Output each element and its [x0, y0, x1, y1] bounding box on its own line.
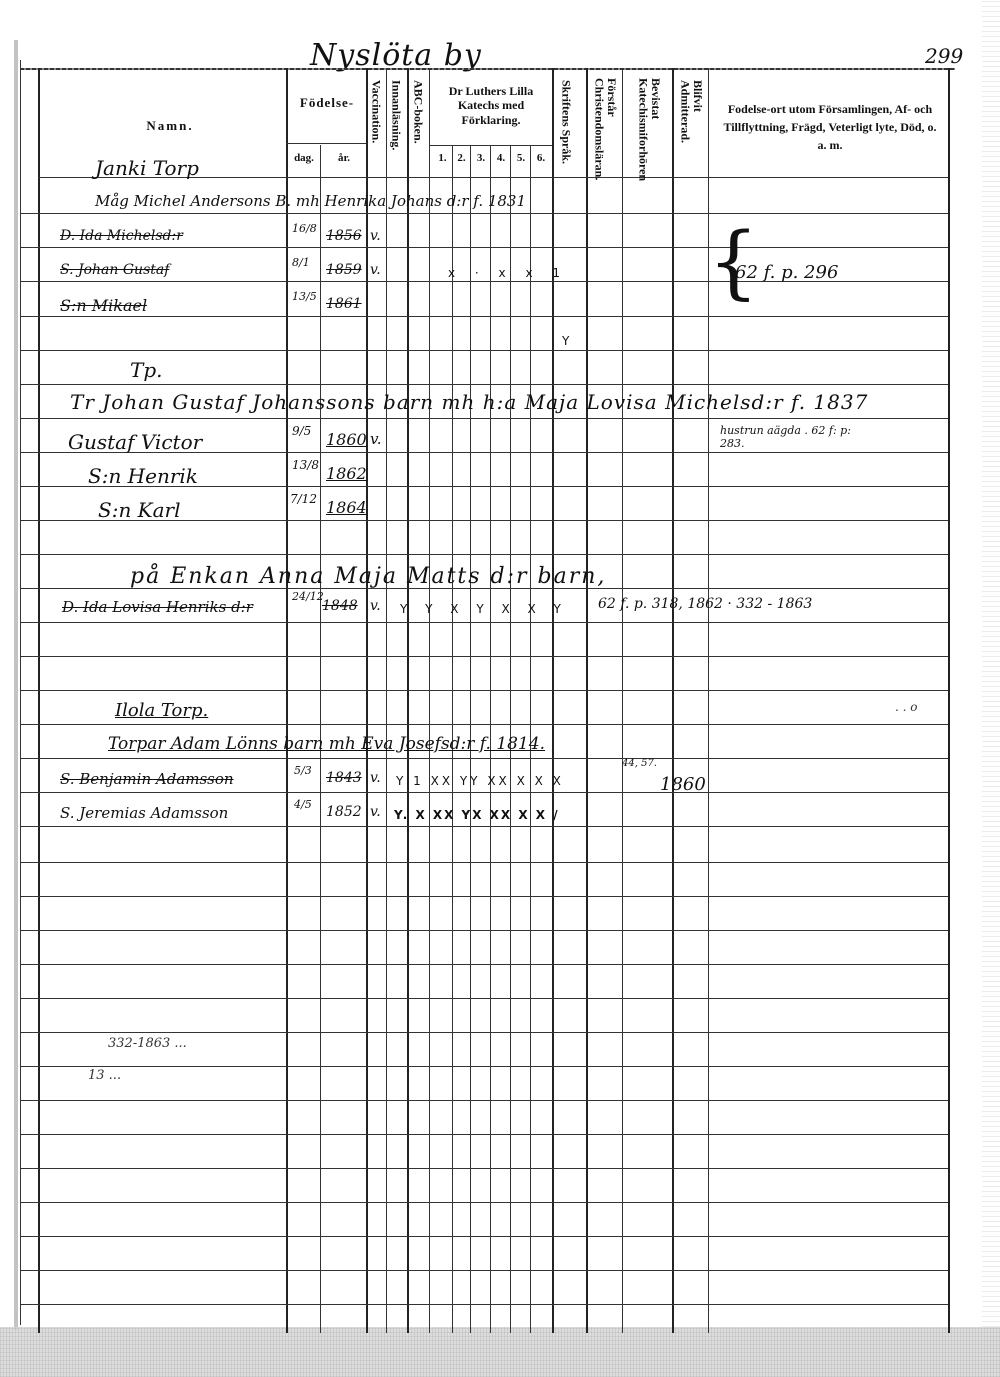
entry-exams-benjamin: 44, 57. [622, 758, 657, 769]
entry-year-ida-lovisa: 1848 [322, 598, 358, 614]
note-faint-line-1: 332-1863 ... [108, 1036, 187, 1051]
entry-year-benjamin: 1843 [326, 770, 362, 786]
header-admitted: Blifvit Admitterad. [676, 80, 704, 160]
entry-heading-ilola-torp: Ilola Torp. [115, 700, 208, 721]
entry-mark-scripture: Y [562, 334, 569, 348]
col-line-margin [20, 60, 21, 1325]
entry-admitted-benjamin: 1860 [660, 774, 706, 795]
entry-day-mikael: 13/5 [292, 290, 317, 303]
entry-day-ida-lovisa: 24/12 [292, 590, 324, 603]
entry-year-mikael: 1861 [326, 296, 362, 312]
entry-name-johan-gustaf: S. Johan Gustaf [60, 262, 169, 278]
header-birth-year: år. [322, 152, 366, 165]
entry-name-karl: S:n Karl [98, 498, 181, 522]
entry-vacc-ida-lovisa: v. [370, 598, 381, 614]
entry-family-michel-anderson: Måg Michel Andersons B. mh Henrika Johan… [95, 192, 526, 210]
col-line-exams-end [672, 68, 674, 1333]
catechism-col-1: 1. [433, 152, 452, 164]
entry-vacc-gustaf-victor: v. [370, 430, 381, 448]
entry-year-henrik: 1862 [326, 464, 367, 483]
catechism-number-row: 1. 2. 3. 4. 5. 6. [433, 152, 551, 164]
entry-day-karl: 7/12 [290, 492, 317, 506]
remark-ida-lovisa: 62 f. p. 318, 1862 · 332 - 1863 [598, 596, 812, 612]
entry-vacc-johan-gustaf: v. [370, 262, 381, 278]
col-line-vacc-end [386, 68, 387, 1333]
page-binding-edge [14, 40, 18, 1330]
header-birth-day: dag. [288, 152, 320, 165]
note-faint-margin: . . o [895, 700, 917, 714]
catechism-col-3: 3. [471, 152, 491, 164]
entry-vacc-jeremias: v. [370, 804, 381, 820]
scan-noise-bottom [0, 1327, 1000, 1377]
header-name: Namn. [110, 118, 230, 134]
entry-marks-benjamin: Y 1 XX YY XX X X X [396, 774, 564, 788]
entry-year-gustaf-victor: 1860 [326, 430, 367, 449]
entry-name-gustaf-victor: Gustaf Victor [68, 430, 202, 454]
col-line-catechism-end [552, 68, 554, 1333]
entry-family-johan-gustaf-johansson: Tr Johan Gustaf Johanssons barn mh h:a M… [70, 390, 868, 414]
entry-year-karl: 1864 [326, 498, 367, 517]
entry-heading-tp: Tp. [130, 358, 163, 382]
page-right-edge [982, 0, 1000, 1377]
catechism-col-2: 2. [452, 152, 471, 164]
entry-family-adam-lonn: Torpar Adam Lönns barn mh Eva Josefsd:r … [108, 734, 545, 754]
entry-marks-jeremias: Y. X XX YX XX X X / [394, 808, 560, 822]
register-page: Nyslöta by 299 Namn. Födelse- dag. år. V… [0, 0, 1000, 1377]
remark-mikael-group: 62 f. p. 296 [735, 262, 838, 283]
entry-name-benjamin: S. Benjamin Adamsson [60, 770, 234, 788]
entry-heading-janki-torp: Janki Torp [95, 156, 199, 180]
header-scripture: Skriftens Språk. [560, 80, 573, 175]
header-remarks: Fodelse-ort utom Församlingen, Af- och T… [720, 100, 940, 154]
header-vaccination: Vaccination. [370, 80, 383, 170]
header-exams: Bevistat Katechismiforhören [632, 78, 662, 178]
header-abc-book: ABC-boken. [412, 80, 425, 170]
entry-day-henrik: 13/8 [292, 458, 319, 472]
entry-name-mikael: S:n Mikael [60, 296, 147, 315]
col-line-christianity-end [622, 68, 623, 1333]
entry-name-jeremias: S. Jeremias Adamsson [60, 804, 228, 822]
col-line-birth-end [366, 68, 368, 1333]
entry-day-johan-gustaf: 8/1 [292, 256, 310, 269]
col-line-scripture-end [586, 68, 588, 1333]
entry-year-ida: 1856 [326, 228, 362, 244]
note-faint-line-2: 13 ... [88, 1068, 121, 1083]
col-line-name-end [286, 68, 288, 1333]
entry-day-jeremias: 4/5 [294, 798, 312, 811]
remark-johansson: hustrun aägda . 62 f: p: 283. [720, 424, 860, 450]
col-line-outer-left [38, 68, 40, 1333]
col-line-remarks-end [948, 68, 950, 1333]
catechism-col-6: 6. [531, 152, 551, 164]
header-reading: Innanläsning. [390, 80, 403, 170]
entry-year-johan-gustaf: 1859 [326, 262, 362, 278]
catechism-col-4: 4. [491, 152, 511, 164]
catechism-col-5: 5. [511, 152, 531, 164]
top-rule [20, 68, 955, 70]
header-christianity: Förstår Christendomsläran. [592, 78, 618, 178]
entry-name-ida-lovisa: D. Ida Lovisa Henriks d:r [62, 598, 253, 616]
entry-vacc-ida: v. [370, 228, 381, 244]
entry-name-ida: D. Ida Michelsd:r [60, 228, 183, 244]
entry-vacc-benjamin: v. [370, 770, 381, 786]
col-line-reading-end [407, 68, 409, 1333]
entry-marks-ida-lovisa: Y Y X Y X X Y [400, 602, 568, 616]
entry-marks-johan-gustaf: x · x x 1 [448, 266, 568, 280]
entry-name-henrik: S:n Henrik [88, 464, 198, 488]
entry-day-gustaf-victor: 9/5 [292, 424, 311, 438]
col-line-abc-end [429, 68, 430, 1333]
birth-subheader-rule [286, 143, 366, 144]
header-catechism: Dr Luthers Lilla Katechs med Förklaring. [432, 84, 550, 127]
entry-day-benjamin: 5/3 [294, 764, 312, 777]
entry-year-jeremias: 1852 [326, 804, 362, 820]
page-number: 299 [925, 44, 963, 68]
entry-family-enkan-anna-maja: på Enkan Anna Maja Matts d:r barn, [130, 564, 606, 589]
catechism-subheader-rule [429, 145, 552, 146]
header-birth: Födelse- [288, 95, 366, 111]
entry-day-ida: 16/8 [292, 222, 317, 235]
